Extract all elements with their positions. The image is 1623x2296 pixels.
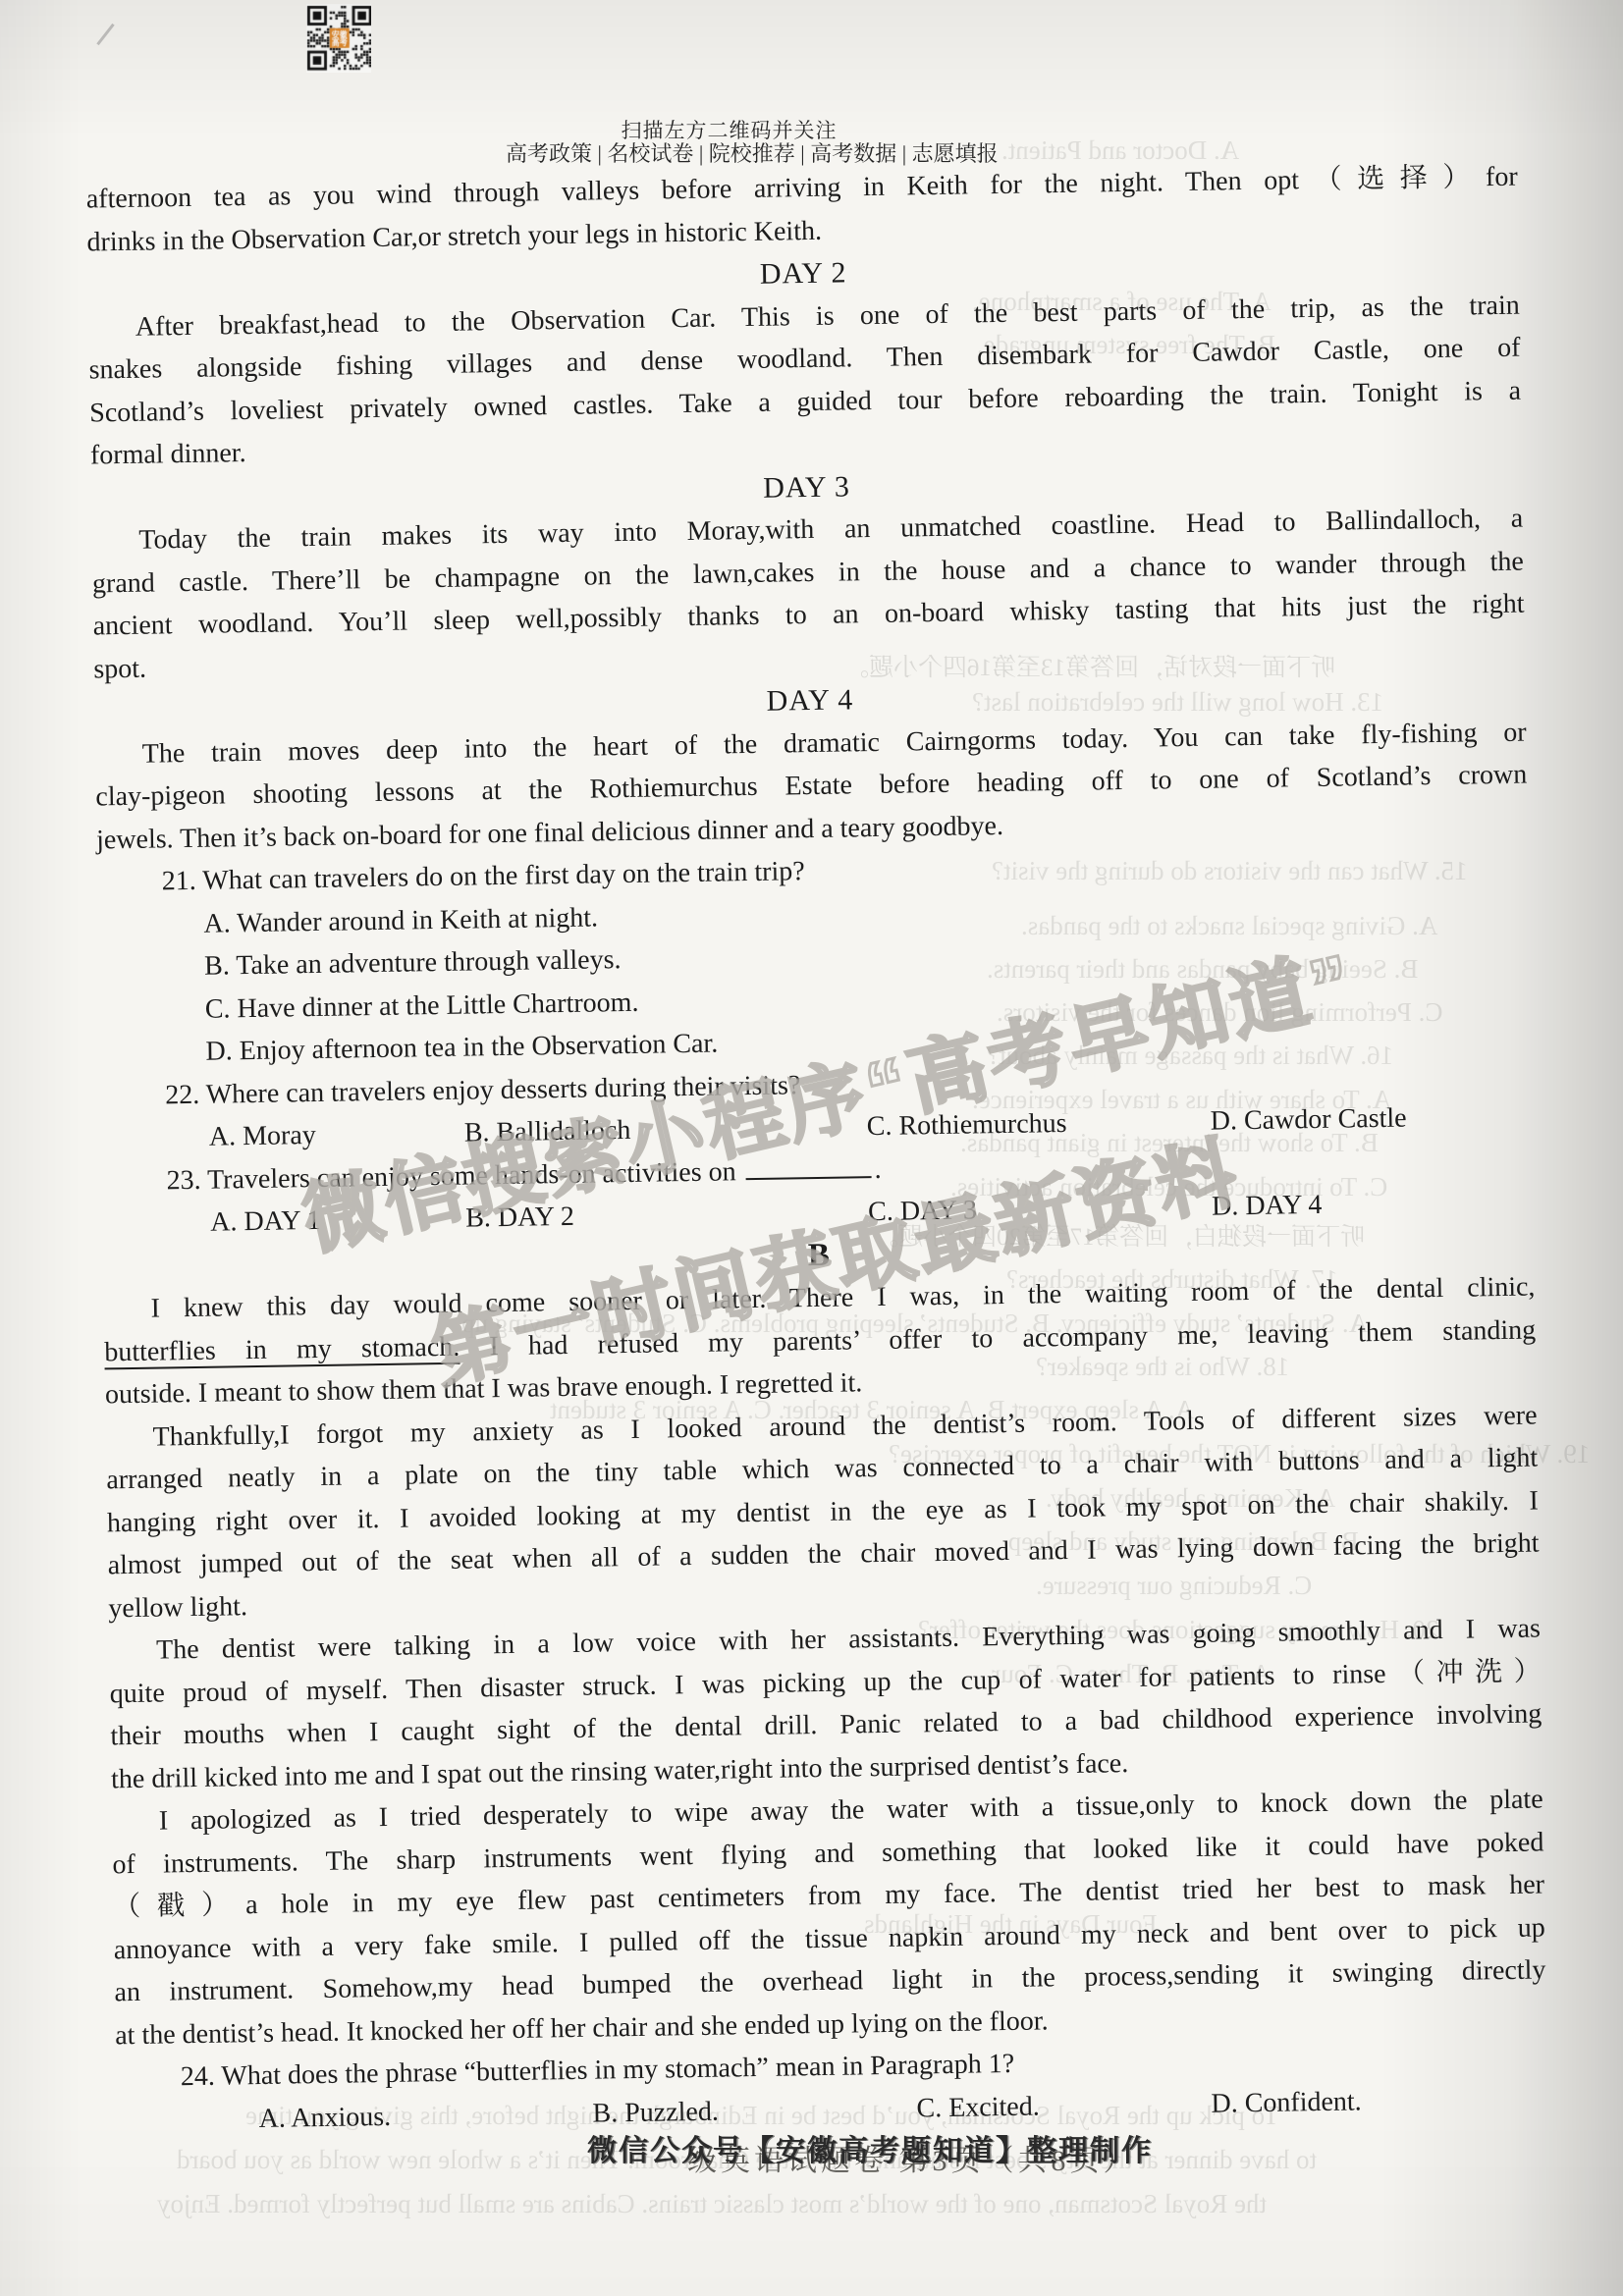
- text-run: 23. Travelers can enjoy some hands-on ac…: [166, 1156, 743, 1196]
- option: D. DAY 4: [1212, 1181, 1535, 1229]
- option: C. Rothiemurchus: [866, 1100, 1211, 1148]
- qr-code: [306, 4, 371, 73]
- scanned-exam-page: A. Doctor and Patient.A. The use of a sm…: [0, 0, 1623, 2296]
- text-run: .: [874, 1153, 881, 1184]
- pen-mark: [96, 24, 114, 45]
- option: C. DAY 3: [868, 1186, 1213, 1234]
- option: A. Anxious.: [258, 2092, 593, 2140]
- option: C. Excited.: [916, 2082, 1212, 2129]
- header-scan-tip: 扫描左方二维码并关注: [506, 120, 952, 142]
- underlined-phrase: butterflies in my stomach.: [104, 1331, 460, 1367]
- option: A. Moray: [209, 1112, 465, 1159]
- answer-blank: [745, 1160, 871, 1179]
- option: B. Ballidalloch: [464, 1105, 868, 1154]
- passage-blocks: afternoon tea as you wind through valley…: [86, 156, 1548, 2143]
- option: B. DAY 2: [465, 1191, 869, 1240]
- header: 扫描左方二维码并关注 高考政策 | 名校试卷 | 院校推荐 | 高考数据 | 志…: [506, 120, 952, 165]
- option: B. Puzzled.: [592, 2087, 917, 2135]
- footer-page-number: 级英语试题卷 第3页（共8页）: [687, 2136, 1137, 2179]
- header-channels: 高考政策 | 名校试卷 | 院校推荐 | 高考数据 | 志愿填报: [506, 142, 952, 165]
- bleed-through-text: to have dinner at the city’s best restau…: [177, 2145, 1317, 2175]
- option: A. DAY 1: [210, 1198, 466, 1245]
- bleed-through-text: the Royal Scotsman, one of the world’s m…: [157, 2189, 1267, 2219]
- option: D. Confident.: [1211, 2077, 1548, 2125]
- option: D. Cawdor Castle: [1210, 1095, 1533, 1144]
